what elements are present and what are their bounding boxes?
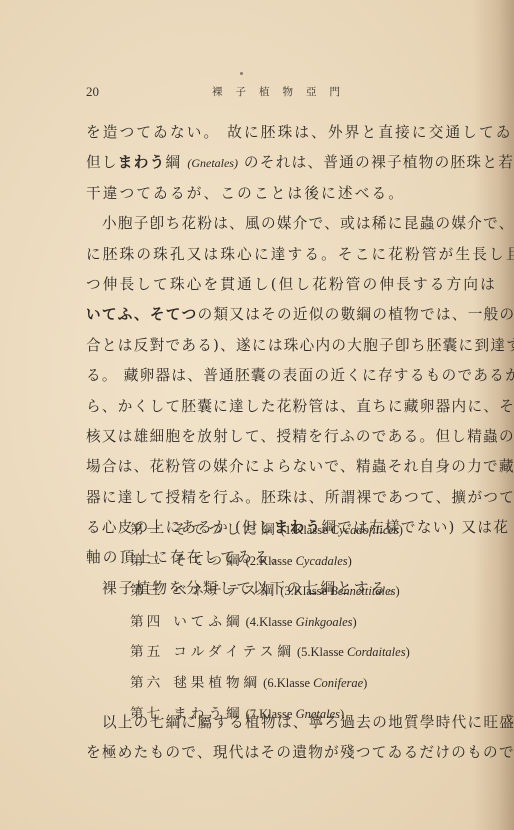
ink-speck xyxy=(240,72,243,75)
class-item: 第三ベネチテス綱(3.Klasse Bennettitales) xyxy=(130,576,410,607)
class-latin: (1.Klasse Cycadofilices) xyxy=(281,523,403,537)
class-item: 第二そてつ綱(2.Klasse Cycadales) xyxy=(130,546,410,577)
class-latin-name: Ginkgoales xyxy=(296,615,353,629)
class-name: コルダイテス綱 xyxy=(173,644,295,660)
text-line: 器に達して授精を行ふ。胚珠は、所謂裸であつて、擴がつてゐ xyxy=(86,483,506,513)
class-item: 第一そてつしだ綱(1.Klasse Cycadofilices) xyxy=(130,515,410,546)
text-span: のそれは、普通の裸子植物の胚珠と若 xyxy=(238,154,514,171)
class-ordinal: 第六 xyxy=(130,675,163,691)
text-line: る。 藏卵器は、普通胚囊の表面の近くに存するものであるか xyxy=(86,361,506,391)
class-number: 2.Klasse xyxy=(250,554,293,568)
text-line: 場合は、花粉管の媒介によらないで、精蟲それ自身の力で藏卵 xyxy=(86,452,506,482)
class-ordinal: 第一 xyxy=(130,522,163,538)
class-item: 第四いてふ綱(4.Klasse Ginkgoales) xyxy=(130,607,410,638)
text-line: を造つてゐない。 故に胚珠は、外界と直接に交通してゐる。 xyxy=(86,118,506,148)
class-number: 6.Klasse xyxy=(267,676,310,690)
class-number: 1.Klasse xyxy=(285,523,328,537)
book-page: 20 裸子植物亞門 を造つてゐない。 故に胚珠は、外界と直接に交通してゐる。 但… xyxy=(0,0,514,830)
running-title: 裸子植物亞門 xyxy=(212,84,353,99)
page-number: 20 xyxy=(86,84,99,100)
class-item: 第六毬果植物綱(6.Klasse Coniferae) xyxy=(130,668,410,699)
class-latin-name: Cycadales xyxy=(296,554,348,568)
text-line: いてふ、そてつの類又はその近似の數綱の植物では、一般の場 xyxy=(86,300,506,330)
class-latin-name: Cordaitales xyxy=(347,645,406,659)
class-list: 第一そてつしだ綱(1.Klasse Cycadofilices) 第二そてつ綱(… xyxy=(130,515,410,729)
text-line: 但しまわう綱 (Gnetales) のそれは、普通の裸子植物の胚珠と若 xyxy=(86,148,506,178)
text-line: 核又は雄細胞を放射して、授精を行ふのである。但し精蟲の xyxy=(86,422,506,452)
closing-paragraph: 以上の七綱に屬する植物は、寧ろ過去の地質學時代に旺盛 を極めたもので、現代はその… xyxy=(86,708,506,769)
class-ordinal: 第二 xyxy=(130,553,163,569)
class-ordinal: 第五 xyxy=(130,644,163,660)
class-latin: (3.Klasse Bennettitales) xyxy=(280,584,399,598)
class-number: 3.Klasse xyxy=(284,584,327,598)
class-latin: (2.Klasse Cycadales) xyxy=(246,554,352,568)
text-span: 但し xyxy=(86,154,118,171)
class-latin-name: Cycadofilices xyxy=(331,523,399,537)
class-name: 毬果植物綱 xyxy=(173,675,261,691)
class-latin: (6.Klasse Coniferae) xyxy=(263,676,367,690)
class-ordinal: 第三 xyxy=(130,583,163,599)
bold-term: まわう xyxy=(118,154,166,171)
class-name: そてつしだ綱 xyxy=(173,522,279,538)
class-name: そてつ綱 xyxy=(173,553,243,569)
text-span: の類又はその近似の數綱の植物では、一般の場 xyxy=(198,306,514,323)
latin-term: (Gnetales) xyxy=(187,156,238,170)
class-number: 4.Klasse xyxy=(250,615,293,629)
class-latin-name: Bennettitales xyxy=(330,584,395,598)
class-latin: (4.Klasse Ginkgoales) xyxy=(246,615,357,629)
class-ordinal: 第四 xyxy=(130,614,163,630)
class-latin: (5.Klasse Cordaitales) xyxy=(297,645,410,659)
text-line: 合とは反對である)、遂には珠心内の大胞子卽ち胚囊に到達す xyxy=(86,331,506,361)
text-line: 干違つてゐるが、このことは後に述べる。 xyxy=(86,179,506,209)
text-line: 小胞子卽ち花粉は、風の媒介で、或は稀に昆蟲の媒介で、直接 xyxy=(86,209,506,239)
text-line: つ伸長して珠心を貫通し(但し花粉管の伸長する方向は xyxy=(86,270,506,300)
text-span: 綱 xyxy=(165,154,187,171)
class-name: いてふ綱 xyxy=(173,614,243,630)
class-number: 5.Klasse xyxy=(301,645,344,659)
class-latin-name: Coniferae xyxy=(313,676,363,690)
text-line: に胚珠の珠孔又は珠心に達する。そこに花粉管が生長し且 xyxy=(86,240,506,270)
text-line: 以上の七綱に屬する植物は、寧ろ過去の地質學時代に旺盛 xyxy=(86,708,506,738)
bold-term: いてふ、そてつ xyxy=(86,306,198,323)
text-line: ら、かくして胚囊に達した花粉管は、直ちに藏卵器内に、その雄 xyxy=(86,392,506,422)
text-line: を極めたもので、現代はその遺物が殘つてゐるだけのもので xyxy=(86,738,506,768)
class-item: 第五コルダイテス綱(5.Klasse Cordaitales) xyxy=(130,637,410,668)
page-header: 20 裸子植物亞門 xyxy=(86,84,506,104)
class-name: ベネチテス綱 xyxy=(173,583,278,599)
